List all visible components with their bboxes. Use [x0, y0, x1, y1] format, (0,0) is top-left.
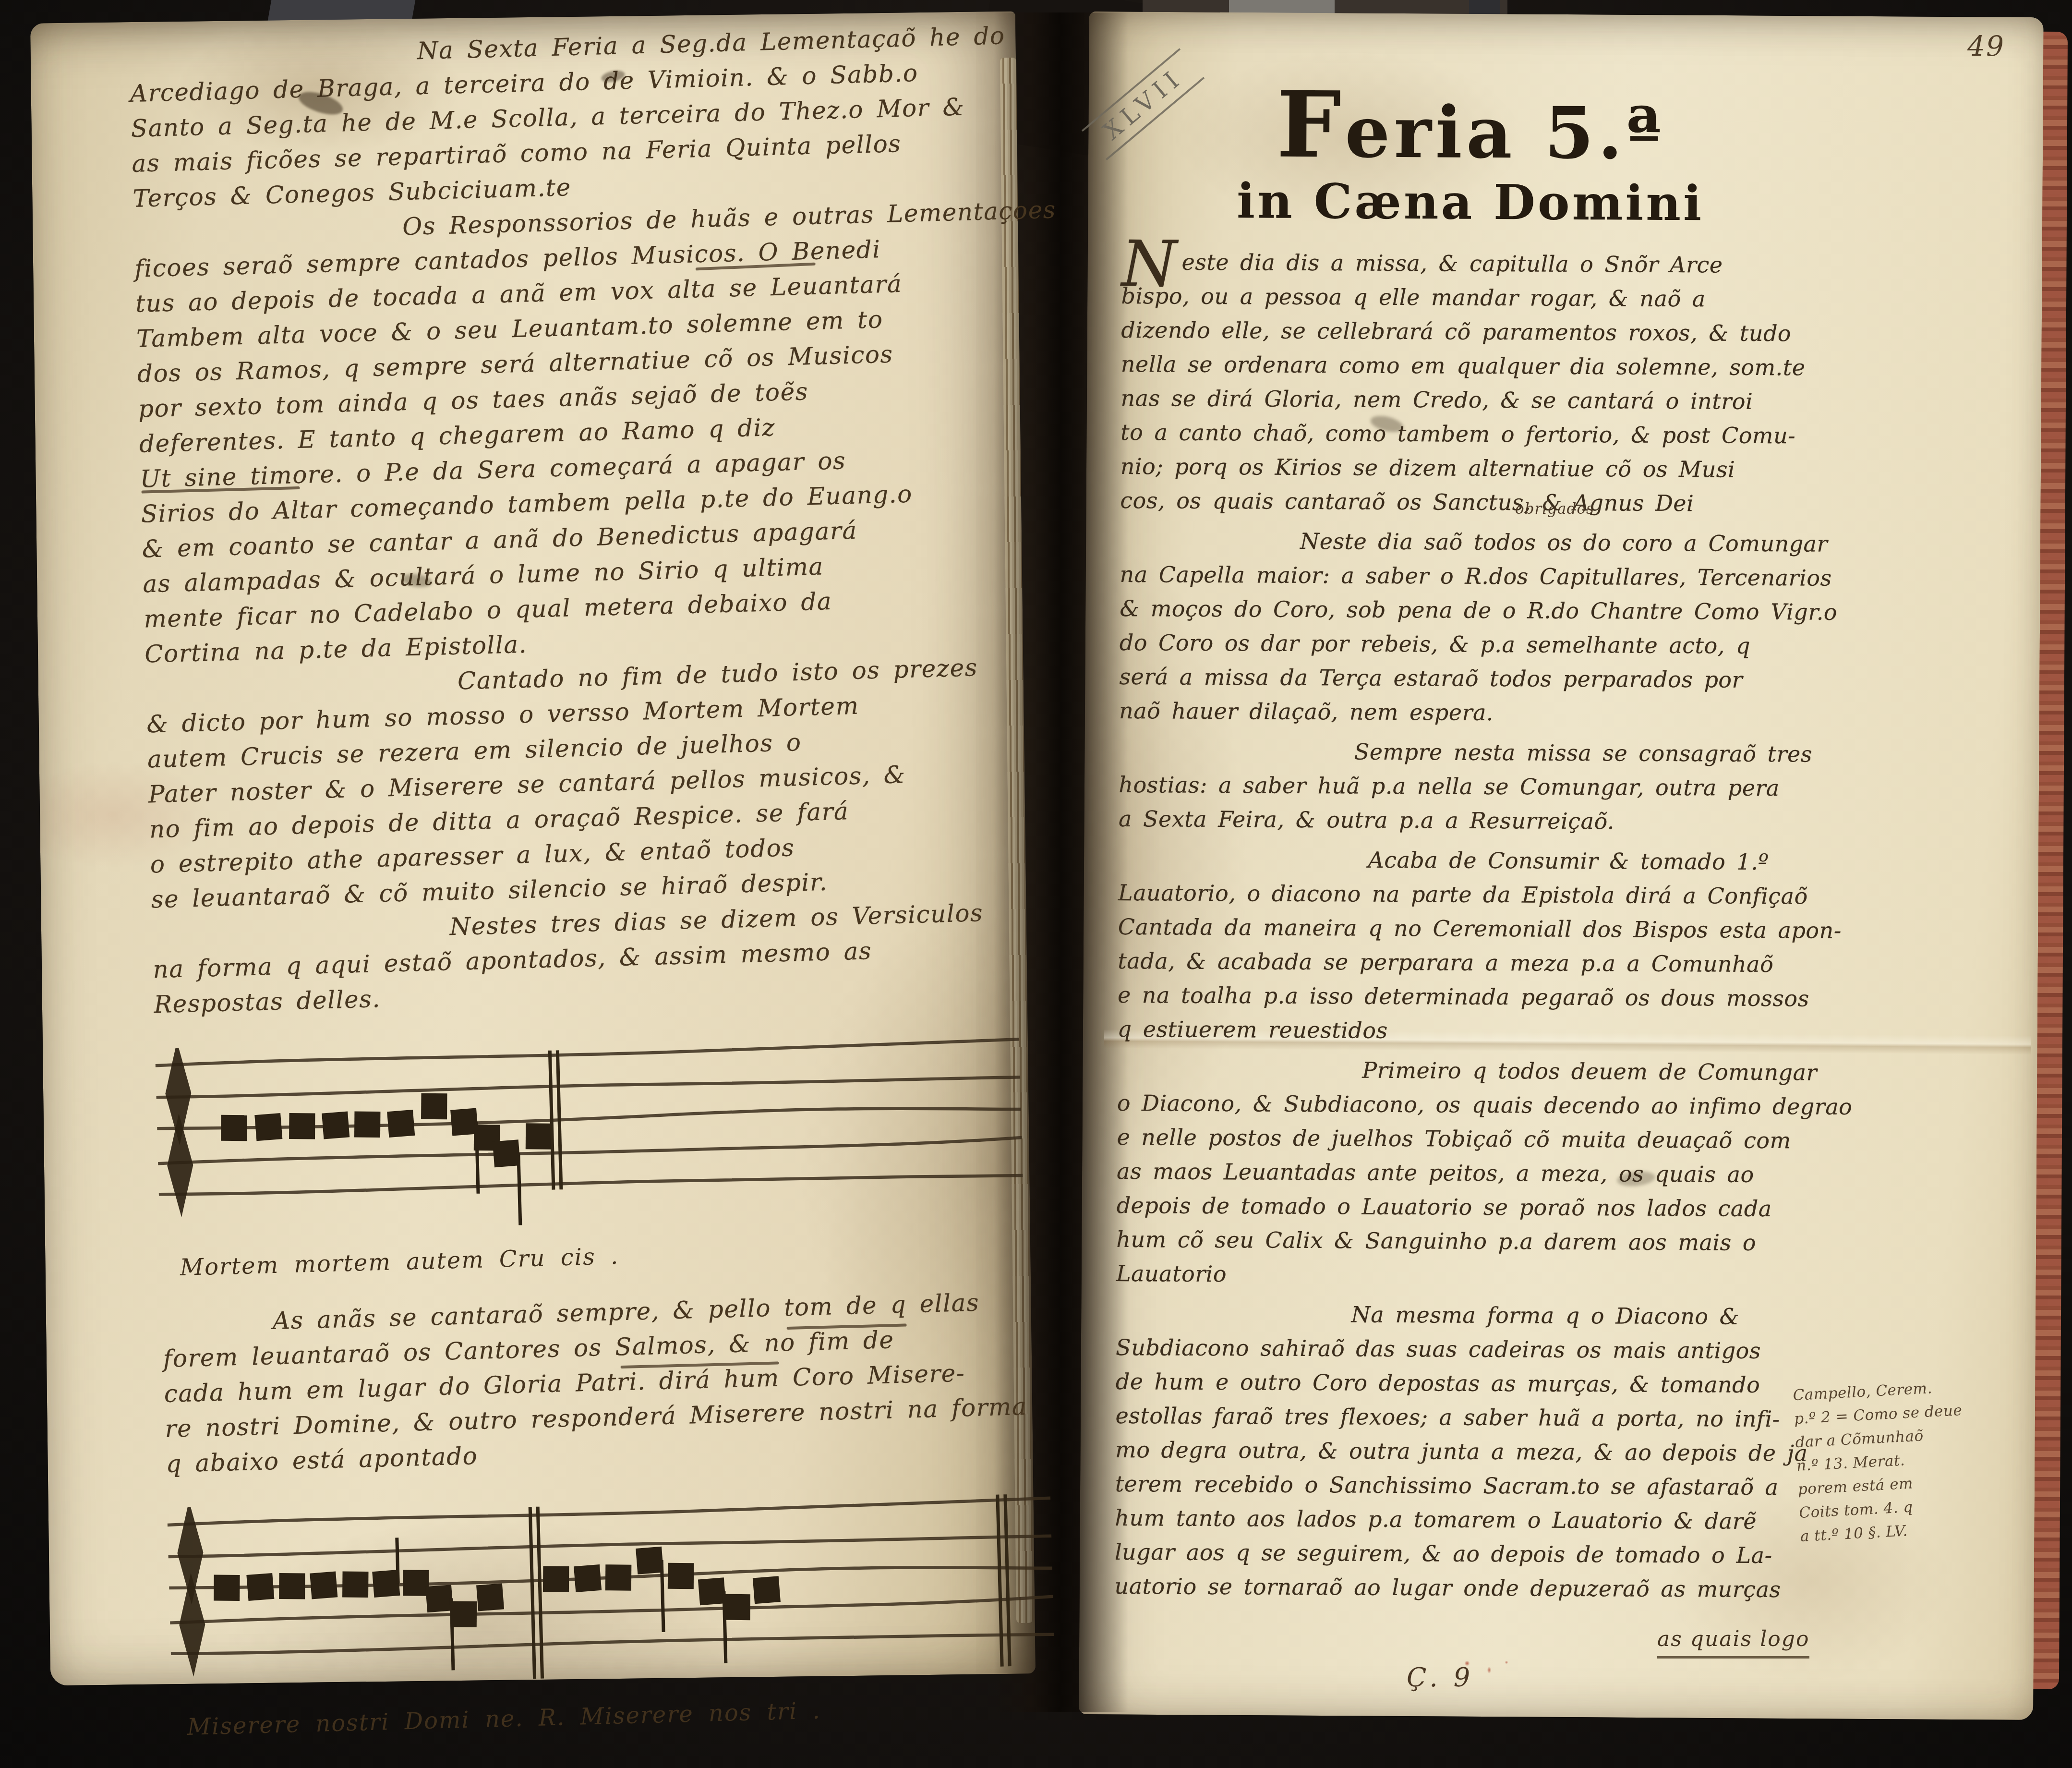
- manuscript-line: hum tanto aos lados p.a tomarem o Lauato…: [1115, 1501, 1812, 1539]
- manuscript-line: lugar aos q se seguirem, & ao depois de …: [1115, 1535, 1812, 1573]
- manuscript-line: na Capella maior: a saber o R.dos Capitu…: [1120, 557, 1817, 595]
- manuscript-line: nas se dirá Gloria, nem Credo, & se cant…: [1120, 381, 1818, 419]
- manuscript-line: o Diacono, & Subdiacono, os quais decend…: [1117, 1086, 1814, 1124]
- manuscript-line: Neste dia saõ todos os do coro a Comunga…: [1300, 524, 1817, 561]
- manuscript-line: Sempre nesta missa se consagraõ tres: [1354, 735, 1816, 772]
- right-page-text: Feria 5.ª in Cæna Domini Neste dia dis a…: [1114, 83, 1819, 1607]
- manuscript-line: Primeiro q todos deuem de Comungar: [1362, 1054, 1814, 1090]
- manuscript-line: mo degra outra, & outra junta a meza, & …: [1115, 1433, 1812, 1471]
- manuscript-line: Na mesma forma q o Diacono &: [1351, 1298, 1813, 1334]
- manuscript-line: e nelle postos de juelhos Tobiçaõ cõ mui…: [1117, 1120, 1814, 1158]
- manuscript-line: hostias: a saber huã p.a nella se Comung…: [1119, 768, 1816, 806]
- paragraph: As anãs se cantaraõ sempre, & pello tom …: [162, 1284, 1030, 1482]
- manuscript-spread: Na Sexta Feria a Seg.da Lementaçaõ he do…: [0, 0, 2072, 1768]
- page-subtitle: in Cæna Domini: [1121, 172, 1819, 232]
- manuscript-line: as maos Leuantadas ante peitos, a meza, …: [1117, 1154, 1814, 1192]
- manuscript-line: nella se ordenara como em qualquer dia s…: [1121, 347, 1818, 385]
- paragraph: Cantado no fim de tudo isto os prezes& d…: [145, 649, 1015, 917]
- manuscript-line: estollas faraõ tres flexoes; a saber huã…: [1115, 1399, 1812, 1437]
- folio-number: 49: [1967, 30, 2005, 62]
- paragraph: Primeiro q todos deuem de Comungaro Diac…: [1116, 1052, 1815, 1295]
- manuscript-line: naõ hauer dilaçaõ, nem espera.: [1119, 694, 1816, 732]
- manuscript-line: Cantada da maneira q no Ceremoniall dos …: [1118, 910, 1815, 948]
- paragraph: Neste dia saõ todos os do coro a Comunga…: [1119, 523, 1817, 732]
- catchword: as quais logo: [1657, 1627, 1809, 1659]
- manuscript-line: Subdiacono sahiraõ das suas cadeiras os …: [1116, 1331, 1813, 1368]
- page-title: Feria 5.ª: [1122, 83, 1819, 176]
- manuscript-line: to a canto chaõ, como tambem o fertorio,…: [1120, 415, 1818, 453]
- interlinear-note: obrigados: [1515, 500, 1594, 518]
- manuscript-line: nio; porq os Kirios se dizem alternatiue…: [1120, 449, 1818, 487]
- manuscript-line: será a missa da Terça estaraõ todos perp…: [1119, 660, 1816, 698]
- manuscript-line: q estiuerem reuestidos: [1117, 1012, 1814, 1050]
- paragraph: Neste dia dis a missa, & capitulla o Snõ…: [1120, 245, 1819, 521]
- music-staff-2: [167, 1485, 1055, 1705]
- manuscript-line: Lauatorio, o diacono na parte da Epistol…: [1118, 876, 1815, 914]
- margin-note: Campello, Cerem.p.º 2 = Como se deuedar …: [1792, 1370, 2060, 1549]
- paragraph: Sempre nesta missa se consagraõ treshost…: [1119, 734, 1816, 840]
- music-staff-1-block: Mortem mortem autem Cru cis .: [155, 1026, 1025, 1286]
- manuscript-line: Acaba de Consumir & tomado 1.º: [1368, 843, 1815, 880]
- manuscript-line: Neste dia dis a missa, & capitulla o Snõ…: [1121, 245, 1819, 283]
- manuscript-line: tada, & acabada se perparara a meza p.a …: [1118, 944, 1815, 982]
- manuscript-line: uatorio se tornaraõ ao lugar onde depuze…: [1114, 1569, 1811, 1607]
- manuscript-line: depois de tomado o Lauatorio se poraõ no…: [1117, 1188, 1814, 1226]
- manuscript-line: de hum e outro Coro depostas as murças, …: [1116, 1365, 1813, 1403]
- manuscript-line: Lauatorio: [1116, 1257, 1813, 1295]
- paragraph: Acaba de Consumir & tomado 1.ºLauatorio,…: [1117, 842, 1815, 1050]
- manuscript-line: hum cõ seu Calix & Sanguinho p.a darem a…: [1116, 1223, 1813, 1260]
- manuscript-line: terem recebido o Sanchissimo Sacram.to s…: [1115, 1467, 1812, 1505]
- music-staff-1: [155, 1026, 1024, 1245]
- paragraph: Os Responssorios de huãs e outras Lement…: [133, 194, 1009, 672]
- quire-signature: Ç. 9: [1407, 1662, 1474, 1693]
- manuscript-line: cos, os quais cantaraõ os Sanctus, & Agn…: [1120, 484, 1817, 521]
- manuscript-line: e na toalha p.a isso determinada pegaraõ…: [1118, 978, 1815, 1016]
- manuscript-line: bispo, ou a pessoa q elle mandar rogar, …: [1121, 279, 1818, 317]
- manuscript-line: do Coro os dar por rebeis, & p.a semelha…: [1120, 626, 1817, 664]
- manuscript-line: & moços do Coro, sob pena de o R.do Chan…: [1120, 592, 1817, 630]
- paragraph: Na mesma forma q o Diacono &Subdiacono s…: [1114, 1296, 1813, 1607]
- chapter-title: Feria 5.ª in Cæna Domini: [1121, 83, 1819, 232]
- left-page-text: Na Sexta Feria a Seg.da Lementaçaõ he do…: [129, 19, 1037, 1746]
- manuscript-line: dizendo elle, se cellebrará cõ paramento…: [1121, 313, 1818, 351]
- paragraph: Na Sexta Feria a Seg.da Lementaçaõ he do…: [129, 19, 997, 217]
- manuscript-line: a Sexta Feira, & outra p.a a Resurreiçaõ…: [1119, 802, 1816, 840]
- music-staff-2-block: Miserere nostri Domi ne. R. Miserere nos…: [167, 1485, 1037, 1746]
